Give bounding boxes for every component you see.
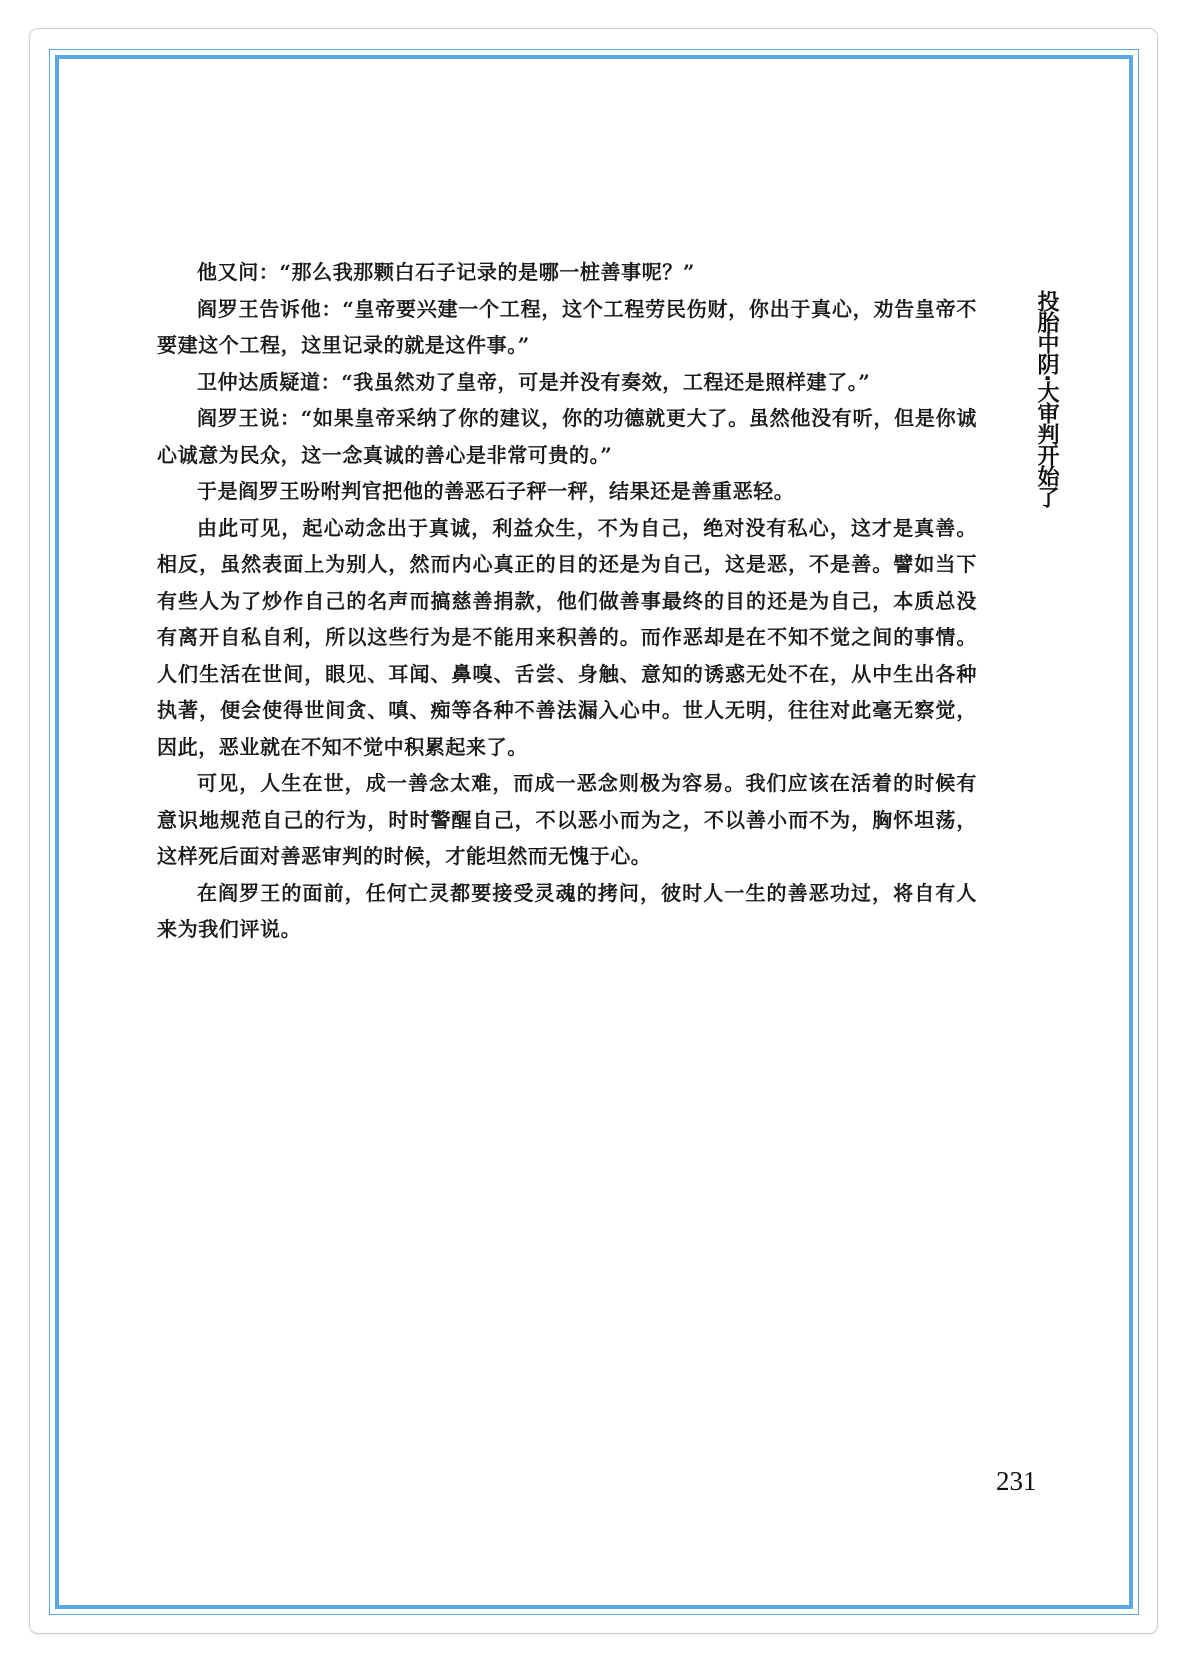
paragraph: 于是阎罗王吩咐判官把他的善恶石子秤一秤，结果还是善重恶轻。 xyxy=(157,473,977,510)
page-number: 231 xyxy=(996,1466,1037,1497)
paragraph: 在阎罗王的面前，任何亡灵都要接受灵魂的拷问，彼时人一生的善恶功过，将自有人来为我… xyxy=(157,875,977,948)
paragraph: 卫仲达质疑道：“我虽然劝了皇帝，可是并没有奏效，工程还是照样建了。” xyxy=(157,364,977,401)
paragraph: 由此可见，起心动念出于真诚，利益众生，不为自己，绝对没有私心，这才是真善。相反，… xyxy=(157,510,977,766)
chapter-running-title: 投胎中阴·大审判开始了 xyxy=(1033,290,1059,507)
paragraph: 可见，人生在世，成一善念太难，而成一恶念则极为容易。我们应该在活着的时候有意识地… xyxy=(157,765,977,875)
paragraph: 他又问：“那么我那颗白石子记录的是哪一桩善事呢？” xyxy=(157,254,977,291)
page-body-text: 他又问：“那么我那颗白石子记录的是哪一桩善事呢？” 阎罗王告诉他：“皇帝要兴建一… xyxy=(157,254,977,948)
paragraph: 阎罗王告诉他：“皇帝要兴建一个工程，这个工程劳民伤财，你出于真心，劝告皇帝不要建… xyxy=(157,291,977,364)
paragraph: 阎罗王说：“如果皇帝采纳了你的建议，你的功德就更大了。虽然他没有听，但是你诚心诚… xyxy=(157,400,977,473)
